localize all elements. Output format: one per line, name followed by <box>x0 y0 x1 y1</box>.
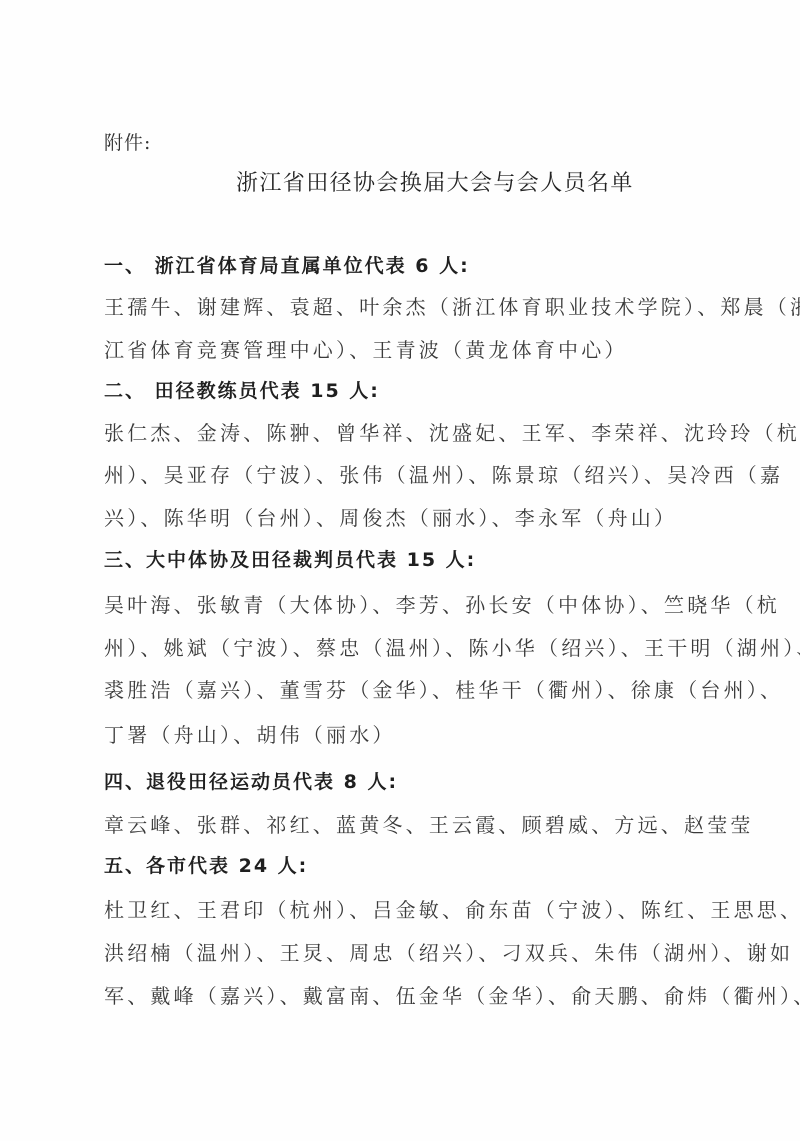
section-heading-3: 三、大中体协及田径裁判员代表 15 人: <box>104 548 476 572</box>
section-3-line-2: 州）、姚斌（宁波）、蔡忠（温州）、陈小华（绍兴）、王干明（湖州）、 <box>104 636 800 660</box>
section-5-line-3: 军、戴峰（嘉兴）、戴富南、伍金华（金华）、俞天鹏、俞炜（衢州）、 <box>104 984 800 1008</box>
section-1-line-2: 江省体育竞赛管理中心）、王青波（黄龙体育中心） <box>104 338 628 362</box>
section-1-line-1: 王孺牛、谢建辉、袁超、叶余杰（浙江体育职业技术学院）、郑晨（浙 <box>104 295 800 319</box>
section-2-line-2: 州）、吴亚存（宁波）、张伟（温州）、陈景琼（绍兴）、吴冷西（嘉 <box>104 463 783 487</box>
section-2-line-3: 兴）、陈华明（台州）、周俊杰（丽水）、李永军（舟山） <box>104 506 677 530</box>
section-2-line-1: 张仁杰、金涛、陈翀、曾华祥、沈盛妃、王军、李荣祥、沈玲玲（杭 <box>104 421 800 445</box>
document-page: 附件: 浙江省田径协会换届大会与会人员名单 一、 浙江省体育局直属单位代表 6 … <box>0 0 800 1141</box>
section-5-line-2: 洪绍楠（温州）、王炅、周忠（绍兴）、刁双兵、朱伟（湖州）、谢如 <box>104 941 793 965</box>
section-3-line-3: 裘胜浩（嘉兴）、董雪芬（金华）、桂华干（衢州）、徐康（台州）、 <box>104 678 783 702</box>
attachment-label: 附件: <box>104 131 151 155</box>
section-heading-4: 四、退役田径运动员代表 8 人: <box>104 770 398 794</box>
section-heading-5: 五、各市代表 24 人: <box>104 854 308 878</box>
section-heading-2: 二、 田径教练员代表 15 人: <box>104 379 380 403</box>
document-title: 浙江省田径协会换届大会与会人员名单 <box>236 172 634 196</box>
section-4-line-1: 章云峰、张群、祁红、蓝黄冬、王云霞、顾碧威、方远、赵莹莹 <box>104 813 754 837</box>
section-3-line-4: 丁署（舟山）、胡伟（丽水） <box>104 723 396 747</box>
section-3-line-1: 吴叶海、张敏青（大体协）、李芳、孙长安（中体协）、竺晓华（杭 <box>104 593 780 617</box>
section-heading-1: 一、 浙江省体育局直属单位代表 6 人: <box>104 254 470 278</box>
section-5-line-1: 杜卫红、王君印（杭州）、吕金敏、俞东苗（宁波）、陈红、王思思、 <box>104 898 800 922</box>
